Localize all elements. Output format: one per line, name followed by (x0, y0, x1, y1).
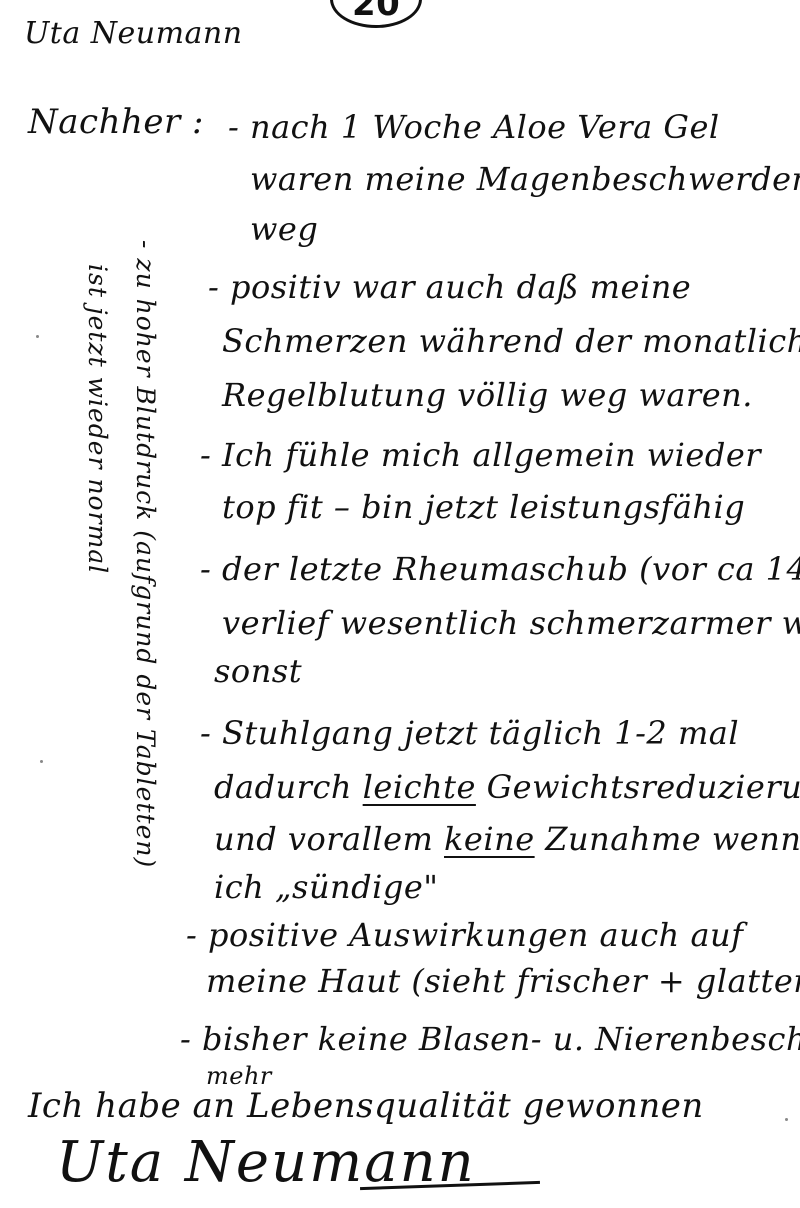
text-line: sonst (214, 652, 302, 690)
text-line: ich „sündige" (214, 868, 439, 906)
section-label-nachher: Nachher : (28, 102, 204, 142)
text-line-with-underline: dadurch leichte Gewichtsreduzierung (214, 768, 800, 806)
scan-speck (36, 335, 39, 338)
text-line: verlief wesentlich schmerzarmer wie (222, 604, 800, 642)
text-line: top fit – bin jetzt leistungsfähig (222, 488, 745, 526)
side-note-normal: ist jetzt wieder normal (83, 264, 112, 574)
text-segment: Zunahme wenn (535, 820, 800, 858)
text-line: weg (250, 210, 318, 248)
author-name-header: Uta Neumann (24, 16, 243, 51)
scan-speck (785, 1118, 788, 1121)
text-line: Regelblutung völlig weg waren. (222, 376, 753, 414)
underlined-word-leichte: leichte (363, 768, 476, 806)
scan-speck (40, 760, 43, 763)
side-note-blood-pressure: - zu hoher Blutdruck (aufgrund der Table… (131, 240, 160, 868)
text-line-with-underline: und vorallem keine Zunahme wenn (214, 820, 800, 858)
text-line: - positiv war auch daß meine (208, 268, 691, 306)
text-line: - Stuhlgang jetzt täglich 1-2 mal (200, 714, 739, 752)
text-line: waren meine Magenbeschwerden (250, 160, 800, 198)
closing-statement: Ich habe an Lebensqualität gewonnen (28, 1086, 704, 1126)
text-line: Schmerzen während der monatlichen (222, 322, 800, 360)
text-segment: und vorallem (214, 820, 444, 858)
page-number: 20 (352, 0, 400, 24)
text-line: - bisher keine Blasen- u. Nierenbeschwer… (180, 1020, 800, 1058)
text-line: - nach 1 Woche Aloe Vera Gel (228, 108, 720, 146)
text-segment: dadurch (214, 768, 363, 806)
text-line: - Ich fühle mich allgemein wieder (200, 436, 761, 474)
underlined-word-keine: keine (444, 820, 535, 858)
text-line: - der letzte Rheumaschub (vor ca 14 Tage… (200, 550, 800, 588)
text-line: meine Haut (sieht frischer + glatter aus… (206, 962, 800, 1000)
text-segment: Gewichtsreduzierung (476, 768, 800, 806)
text-line: - positive Auswirkungen auch auf (186, 916, 743, 954)
